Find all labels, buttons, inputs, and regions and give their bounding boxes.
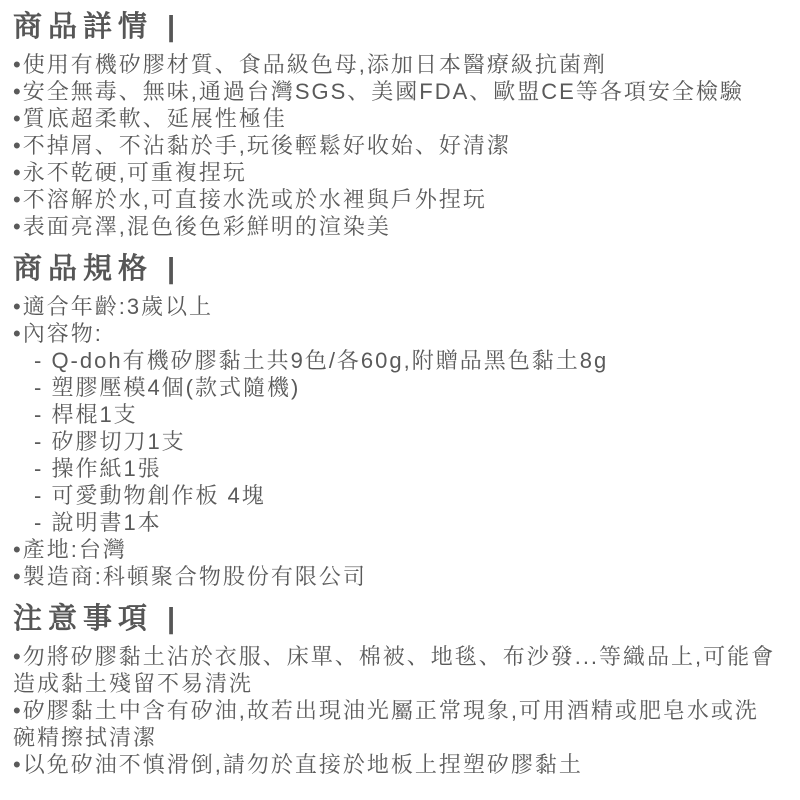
spec-subline: - 操作紙1張 (13, 455, 792, 482)
notice-line: 碗精擦拭清潔 (13, 724, 792, 751)
spec-line: •製造商:科頓聚合物股份有限公司 (13, 563, 792, 590)
detail-line: •表面亮澤,混色後色彩鮮明的渲染美 (13, 213, 792, 240)
spec-line: •產地:台灣 (13, 536, 792, 563)
detail-line: •使用有機矽膠材質、食品級色母,添加日本醫療級抗菌劑 (13, 51, 792, 78)
product-specs-title: 商品規格 | (13, 250, 792, 289)
section-product-details: 商品詳情 | •使用有機矽膠材質、食品級色母,添加日本醫療級抗菌劑 •安全無毒、… (13, 8, 792, 240)
notices-title: 注意事項 | (13, 600, 792, 639)
detail-line: •不溶解於水,可直接水洗或於水裡與戶外捏玩 (13, 186, 792, 213)
notice-line: 造成黏土殘留不易清洗 (13, 670, 792, 697)
spec-subline: - 可愛動物創作板 4塊 (13, 482, 792, 509)
product-details-title: 商品詳情 | (13, 8, 792, 47)
section-product-specs: 商品規格 | •適合年齡:3歲以上 •內容物: - Q-doh有機矽膠黏土共9色… (13, 250, 792, 590)
product-description-page: 商品詳情 | •使用有機矽膠材質、食品級色母,添加日本醫療級抗菌劑 •安全無毒、… (0, 0, 800, 800)
detail-line: •安全無毒、無味,通過台灣SGS、美國FDA、歐盟CE等各項安全檢驗 (13, 78, 792, 105)
spec-subline: - 塑膠壓模4個(款式隨機) (13, 374, 792, 401)
spec-subline: - 說明書1本 (13, 509, 792, 536)
section-notices: 注意事項 | •勿將矽膠黏土沾於衣服、床單、棉被、地毯、布沙發...等織品上,可… (13, 600, 792, 778)
detail-line: •不掉屑、不沾黏於手,玩後輕鬆好收始、好清潔 (13, 132, 792, 159)
spec-subline: - Q-doh有機矽膠黏土共9色/各60g,附贈品黑色黏土8g (13, 347, 792, 374)
detail-line: •質底超柔軟、延展性極佳 (13, 105, 792, 132)
notice-line: •以免矽油不慎滑倒,請勿於直接於地板上捏塑矽膠黏土 (13, 751, 792, 778)
spec-subline: - 矽膠切刀1支 (13, 428, 792, 455)
detail-line: •永不乾硬,可重複捏玩 (13, 159, 792, 186)
notice-line: •矽膠黏土中含有矽油,故若出現油光屬正常現象,可用酒精或肥皂水或洗 (13, 697, 792, 724)
spec-line: •內容物: (13, 320, 792, 347)
spec-line: •適合年齡:3歲以上 (13, 293, 792, 320)
spec-subline: - 桿棍1支 (13, 401, 792, 428)
notice-line: •勿將矽膠黏土沾於衣服、床單、棉被、地毯、布沙發...等織品上,可能會 (13, 643, 792, 670)
